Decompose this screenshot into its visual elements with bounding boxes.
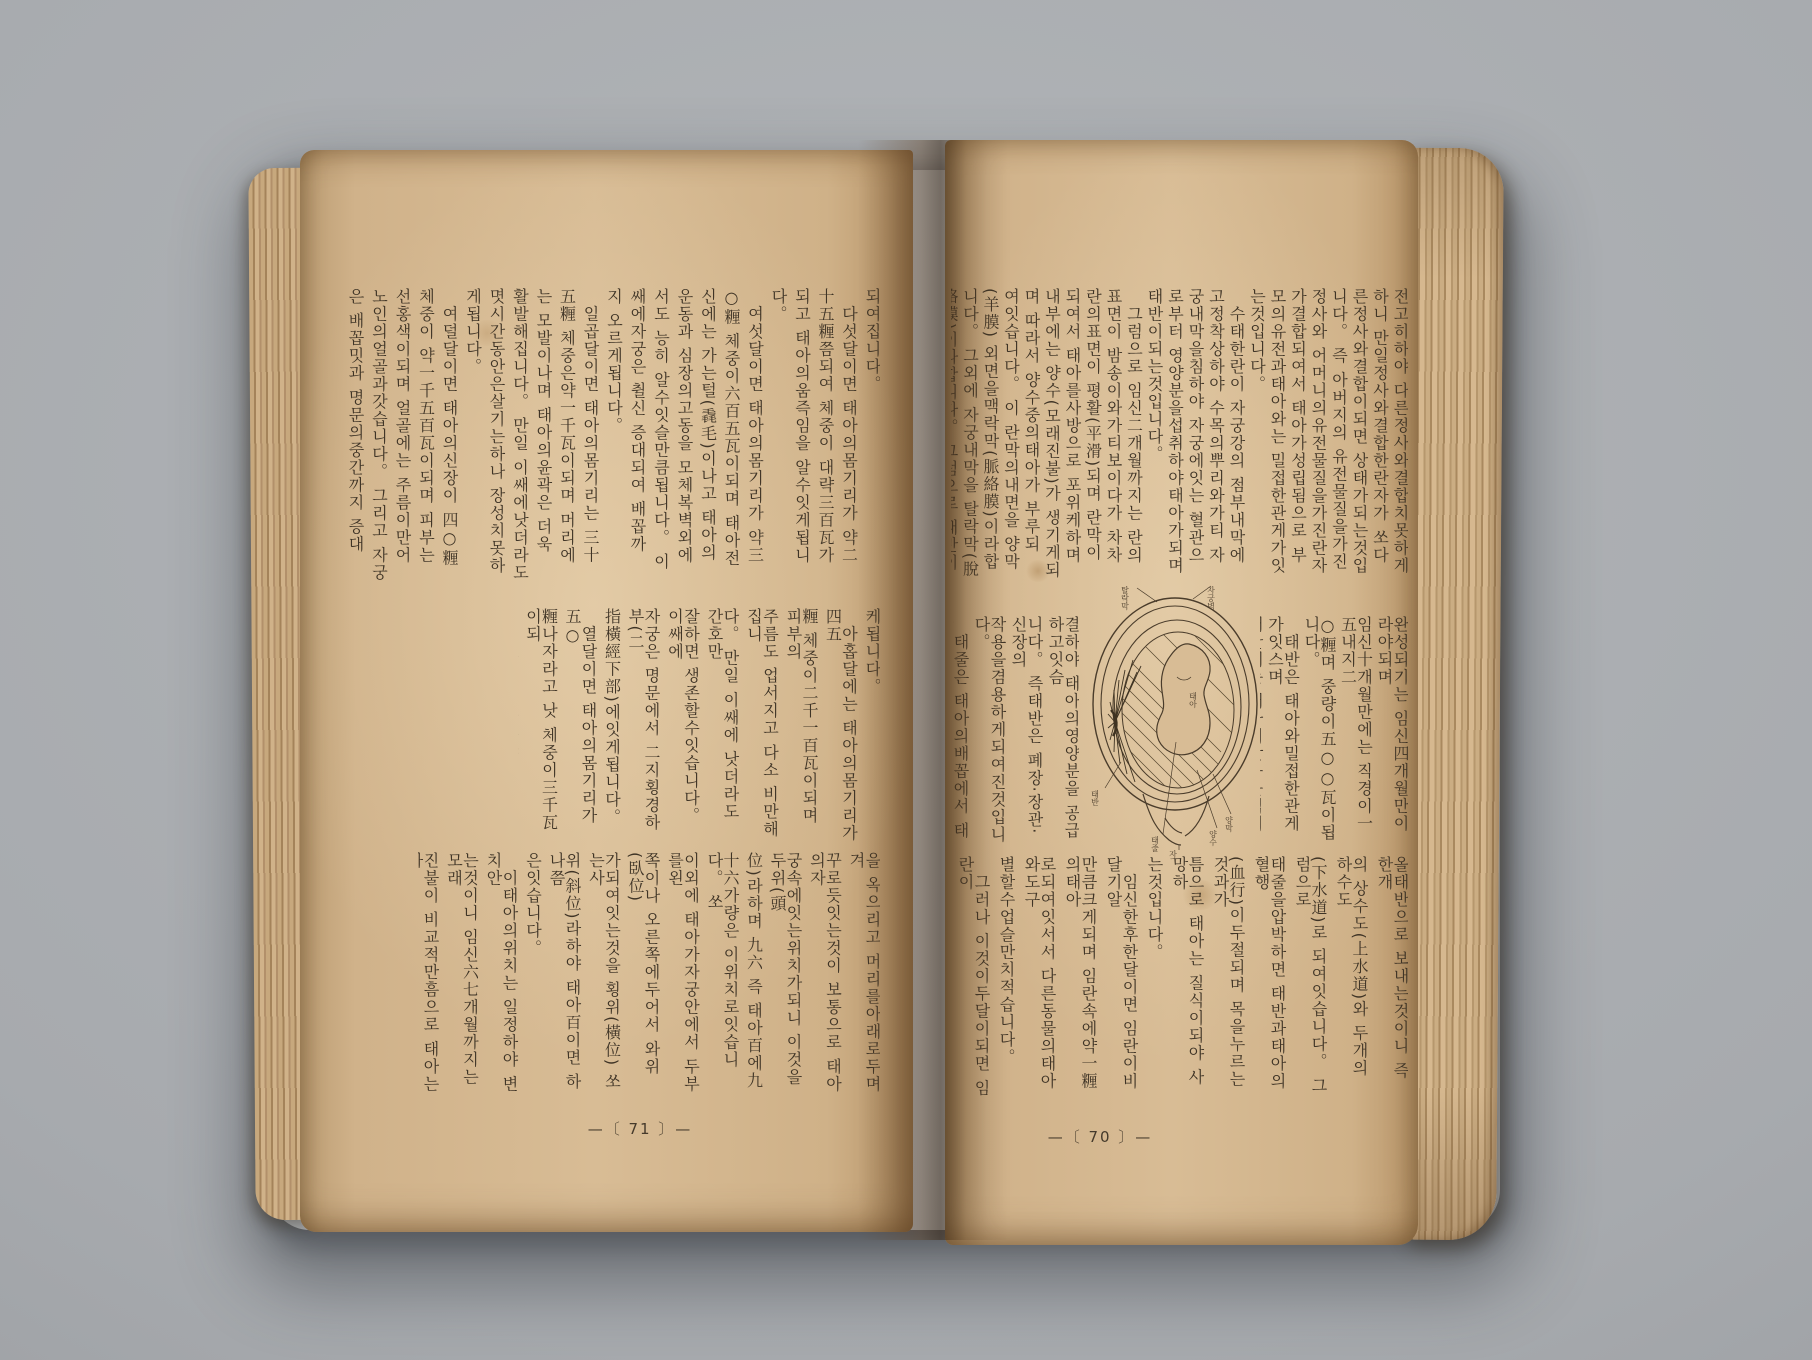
text-column: 체중이 약一千五百瓦이되며 피부는 xyxy=(418,288,434,596)
text-column: 잘하면 생존할수잇습니다。 이쌔에 xyxy=(667,608,699,844)
left-page[interactable]: 되여집니다。 다섯달이면 태아의몸기리가 약二十五糎쯤되여 체중이 대략三百瓦가… xyxy=(300,150,913,1232)
text-column: 는 모발이나며 태아의윤곽은 더욱 xyxy=(535,288,551,596)
text-column: 여덜달이면 태아의신장이 四○糎 xyxy=(441,288,457,596)
text-column: 별할수업슬만치적습니다。 xyxy=(998,856,1014,1098)
text-column: 가결합되여서 태아가성립됨으로 부 xyxy=(1290,288,1306,594)
text-column: (血行)이두절되며 목을누르는것과가 xyxy=(1212,856,1244,1098)
text-column: 을 옥으리고 머리를아래로두며 겨 xyxy=(848,852,880,1096)
text-column: 十五糎쯤되여 체중이 대략三百瓦가 xyxy=(817,288,833,596)
text-column: ○糎며 중량이五○○瓦이됩니다。 xyxy=(1303,616,1335,848)
text-column: 의 상수도(上水道)와 두개의 하수도 xyxy=(1335,856,1367,1098)
text-column: 태반이되는것입니다。 xyxy=(1146,288,1162,594)
text-column: 란의표면이 평활(平滑)되며 란막이 xyxy=(1085,288,1101,594)
text-column: 완성되기는 임신四개월만이라야되며 xyxy=(1376,616,1408,848)
text-column: 작용을겸용하게되여진것입니다。 xyxy=(973,616,1005,848)
page-number-71: —〔 71 〕— xyxy=(540,1118,740,1139)
text-column: 몃시간동안은살기는하나 장성치못하 xyxy=(488,288,504,596)
text-column: 糎나자라고 낫 체중이三千瓦이되 xyxy=(525,608,557,844)
text-column: 태줄을압박하면 태반과태아의 혈행 xyxy=(1253,856,1285,1098)
text-column: 은잇습니다。 xyxy=(525,852,541,1096)
text-column: 되여집니다。 xyxy=(864,288,880,596)
right-page-middle-text-block-left: 결하야 태아의영양분을 공급하고잇슴니다。 즉태반은 폐장·장관·신장의작용을겸… xyxy=(953,616,1079,848)
text-column: 位)라하며 九六 즉 태아百에九 xyxy=(746,852,762,1096)
text-column: 노인의얼골과갓습니다。 그리고 자궁 xyxy=(371,288,387,596)
decidua-label: 탈락막 xyxy=(1120,585,1129,611)
text-column: 정사와 어머니의유전물질을가진란자 xyxy=(1310,288,1326,594)
text-column: 만큼크게되며 임란속에약一糎의태아 xyxy=(1064,856,1096,1098)
right-page[interactable]: 전고히하야 다른정사와결합치못하게하니 만일정사와결합한란자가 쏘다른정사와결합… xyxy=(945,140,1418,1245)
text-column: 수태한란이 자궁강의 점부내막에 xyxy=(1228,288,1244,594)
text-column: 모의유전과태아와는 밀접한관게가잇 xyxy=(1269,288,1285,594)
amniotic-fluid-label: 양수 xyxy=(1208,829,1217,847)
text-column: 임신한후한달이면 임란이비달기알 xyxy=(1105,856,1137,1098)
text-column: 주름도 업서지고 다소 비만해집니 xyxy=(746,608,778,844)
text-column: 로되여잇서서 다른동물의태아와도구 xyxy=(1023,856,1055,1098)
text-column: 진불이 비교적만흠으로 태아는 자 xyxy=(418,852,438,1096)
text-column: 여섯달이면 태아의몸기리가 약三 xyxy=(747,288,763,596)
text-column: 다。 xyxy=(770,288,786,596)
placenta-label: 태반 xyxy=(1090,789,1099,806)
text-column: 絡膜)이라합니다。 그럼으로 태반이 xyxy=(951,288,957,594)
text-column: 표면이 밤송이와가티보이다가 차차 xyxy=(1105,288,1121,594)
page-number-70: —〔 70 〕— xyxy=(1000,1126,1200,1147)
uterus-wall-label: 자궁벽 xyxy=(1206,585,1215,611)
text-column: 이태아의위치는 일정하야 변치안 xyxy=(485,852,517,1096)
text-column: 케됩니다。 xyxy=(864,608,880,844)
text-column: 임신十개월만에는 직경이一五내지二 xyxy=(1340,616,1372,848)
book-photo-scene: 되여집니다。 다섯달이면 태아의몸기리가 약二十五糎쯤되여 체중이 대략三百瓦가… xyxy=(0,0,1812,1360)
text-column: 열달이면 태아의몸기리가 五○ xyxy=(564,608,596,844)
text-column: 궁내막을침하야 자궁에잇는 혈관으 xyxy=(1187,288,1203,594)
right-page-lower-text-block: 올태반으로 보내는것이니 즉 한개의 상수도(上水道)와 두개의 하수도(下水道… xyxy=(951,856,1408,1098)
right-page-upper-text-block: 전고히하야 다른정사와결합치못하게하니 만일정사와결합한란자가 쏘다른정사와결합… xyxy=(951,288,1408,594)
text-column: 전고히하야 다른정사와결합치못하게 xyxy=(1392,288,1408,594)
text-column: 내부에는 양수(모래진불)가 생기게되 xyxy=(1044,288,1060,594)
text-column: 자궁은 명문에서 二지횡경하부(二 xyxy=(627,608,659,844)
text-column: 지 오르게됩니다。 xyxy=(606,288,622,596)
uterine-opening-label: 자궁口 xyxy=(1168,849,1177,860)
text-column: (下水道)로 되여잇습니다。 그럼으로 xyxy=(1294,856,1326,1098)
umbilical-cord-label: 태줄 xyxy=(1150,835,1159,852)
text-column: 여잇습니다。 이 란막의내면을 양막 xyxy=(1003,288,1019,594)
text-column: 꾸로듯잇는것이 보통으로 태아의자 xyxy=(809,852,841,1096)
text-column: 고정착상하야 수목의뿌리와가티 자 xyxy=(1208,288,1224,594)
text-column: 쌔에자궁은 췰신 증대되여 배꼽까 xyxy=(629,288,645,596)
text-column: 선홍색이되며 얼골에는 주름이만어 xyxy=(394,288,410,596)
text-column: 은 배꼽밋과 명문의중간까지 증대 xyxy=(347,288,363,596)
text-column: 활발해집니다。 만일 이쌔에낫더라도 xyxy=(512,288,528,596)
left-page-middle-text-block: 케됩니다。 아홉달에는 태아의몸기리가 四五糎 체중이二千一百瓦이되며 피부의주… xyxy=(518,608,880,844)
text-column: 위(斜位)라하야 태아百이면 하나쯤 xyxy=(548,852,580,1096)
text-column: 되고 태아의움즉임을 알수잇게됩니 xyxy=(794,288,810,596)
text-column: 틈으로 태아는 질식이되야 사망하 xyxy=(1171,856,1203,1098)
text-column: 른정사와결합이되면 상태가되는것입 xyxy=(1351,288,1367,594)
text-column: 올태반으로 보내는것이니 즉 한개 xyxy=(1376,856,1408,1098)
text-column: 十六가량은 이위치로잇습니다。 쏘 xyxy=(706,852,738,1096)
text-column: 그럼으로 임신二개월까지는 란의 xyxy=(1126,288,1142,594)
text-column: 아홉달에는 태아의몸기리가 四五 xyxy=(825,608,857,844)
text-column: (羊膜) 외면을맥락막(脈絡膜)이라합 xyxy=(982,288,998,594)
text-column: 니다。 즉태반은 폐장·장관·신장의 xyxy=(1010,616,1042,848)
text-column: 태반은 태아와밀접한관게가잇스며 xyxy=(1267,616,1299,848)
fetus-figure: 태아 xyxy=(1157,644,1210,755)
left-page-upper-text-block: 되여집니다。 다섯달이면 태아의몸기리가 약二十五糎쯤되여 체중이 대략三百瓦가… xyxy=(332,288,880,596)
text-column: 니다。 즉 아버지의 유전물질을가진 xyxy=(1331,288,1347,594)
text-column: 指橫經下部)에잇게됩니다。 xyxy=(604,608,620,844)
text-column: 다섯달이면 태아의몸기리가 약二 xyxy=(841,288,857,596)
text-column: 하니 만일정사와결합한란자가 쏘다 xyxy=(1372,288,1388,594)
text-column: 五糎 체중은약一千瓦이되며 머리에 xyxy=(559,288,575,596)
text-column: 가되여잇는것을 횡위(橫位) 쏘는사 xyxy=(588,852,620,1096)
text-column: 신에는 가는털(毳毛)이나고 태아의 xyxy=(700,288,716,596)
text-column: 궁속에잇는위치가되니 이것을 두위(頭 xyxy=(769,852,801,1096)
text-column: 그러나 이것이두달이되면 임란이 xyxy=(957,856,989,1098)
text-column: 이외에 태아가자궁안에서 두부를왼 xyxy=(667,852,699,1096)
amnion-label: 양막 xyxy=(1224,815,1233,833)
text-column: 다。 만일 이쌔에 낫더라도 간호만 xyxy=(706,608,738,844)
text-column: 는것이니 임신六七개월까지는 모래 xyxy=(446,852,478,1096)
right-page-middle-text-block-right: 완성되기는 임신四개월만이라야되며임신十개월만에는 직경이一五내지二○糎며 중량… xyxy=(1260,616,1408,848)
text-column: 니다。 그외에 자궁내막을 탈락막(脫 xyxy=(962,288,978,594)
placenta-fan xyxy=(1108,660,1141,782)
text-column: ○糎 체중이六百五瓦이되며 태아전 xyxy=(723,288,739,596)
text-column: 되여서 태아를사방으로 포위케하며 xyxy=(1064,288,1080,594)
text-column: 쪽이나 오른쪽에두어서 와위(臥位) xyxy=(627,852,659,1096)
womb-diagram: 태아 xyxy=(1081,582,1269,860)
text-column: 며 따라서 양수중의태아가 부루되 xyxy=(1023,288,1039,594)
text-column: 로부터 영양분을섭취하야태아가되며 xyxy=(1167,288,1183,594)
text-column: 糎 체중이二千一百瓦이되며 피부의 xyxy=(785,608,817,844)
fetus-label: 태아 xyxy=(1188,691,1197,709)
left-page-lower-text-block: 을 옥으리고 머리를아래로두며 겨꾸로듯잇는것이 보통으로 태아의자궁속에잇는위… xyxy=(418,852,880,1096)
text-column: 서도 능히 알수잇슬만큼됩니다。 이 xyxy=(653,288,669,596)
text-column: 운동과 심장의고동을 모체복벽외에 xyxy=(676,288,692,596)
text-column: 일곱달이면 태아의몸기리는 三十 xyxy=(582,288,598,596)
text-column: 결하야 태아의영양분을 공급하고잇슴 xyxy=(1047,616,1079,848)
text-column: 는것입니다。 xyxy=(1146,856,1162,1098)
text-column: 태줄은 태아의배꼽에서 태반에이 xyxy=(953,616,968,848)
text-column: 는것입니다。 xyxy=(1249,288,1265,594)
text-column: 게됩니다。 xyxy=(465,288,481,596)
